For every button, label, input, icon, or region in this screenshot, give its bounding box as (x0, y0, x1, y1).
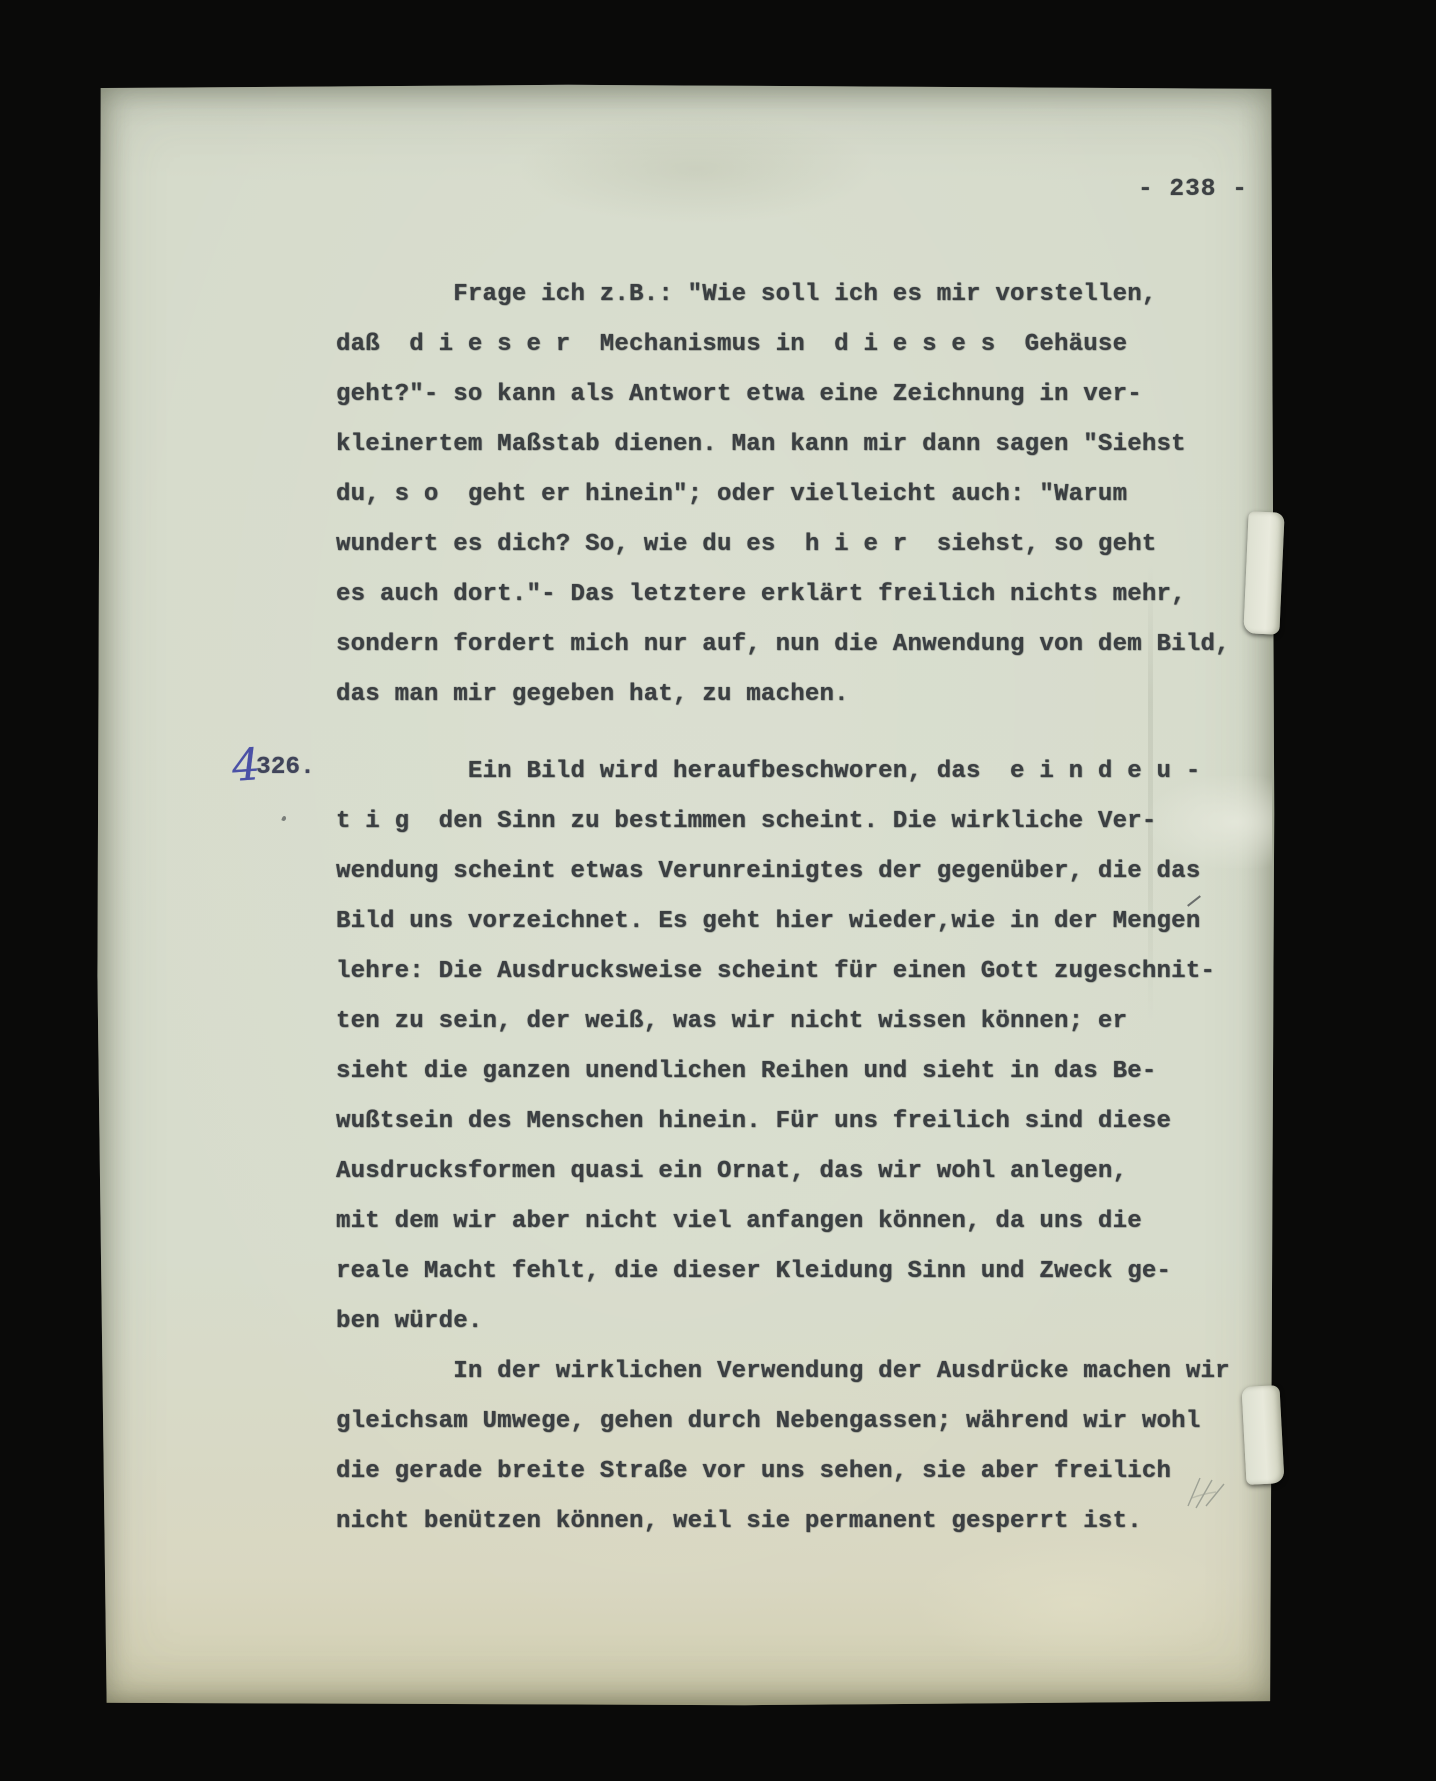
body-text: Frage ich z.B.: "Wie soll ich es mir vor… (336, 270, 1230, 1547)
paper: - 238 - 4 326. Frage ich z.B.: "Wie soll… (96, 84, 1276, 1706)
paper-stain (516, 114, 876, 224)
page-number: - 238 - (1138, 176, 1248, 203)
paragraph: In der wirklichen Verwendung der Ausdrüc… (336, 1347, 1230, 1547)
section-number-typed: 326. (256, 754, 315, 781)
ink-speck (281, 815, 286, 821)
pencil-mark (1182, 1468, 1242, 1516)
scan-background: - 238 - 4 326. Frage ich z.B.: "Wie soll… (0, 0, 1436, 1781)
paragraph: Frage ich z.B.: "Wie soll ich es mir vor… (336, 270, 1230, 720)
paper-stain (916, 1534, 1236, 1674)
paragraph: Ein Bild wird heraufbeschworen, das e i … (336, 747, 1230, 1347)
